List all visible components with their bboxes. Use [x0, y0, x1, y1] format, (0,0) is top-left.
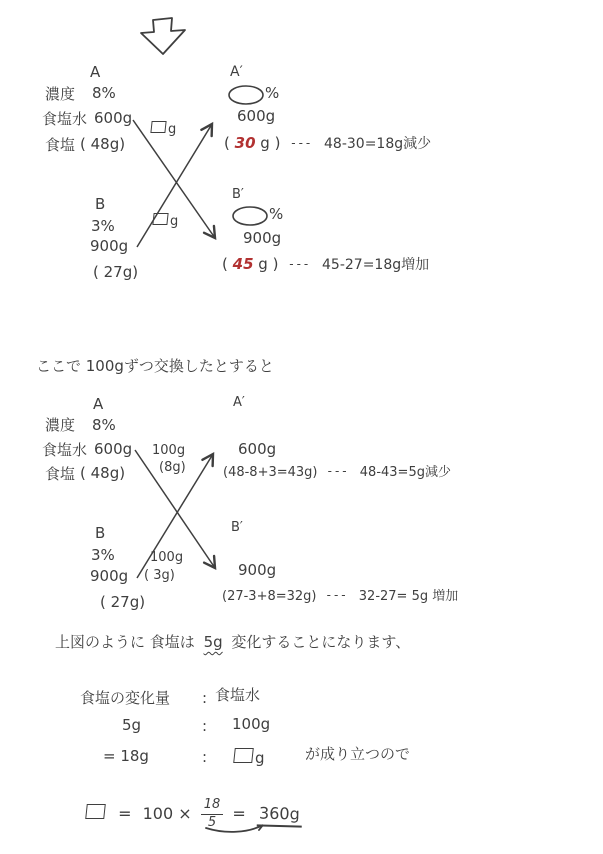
d2-a2-note: 48-43=5g減少: [360, 465, 451, 480]
d1-a2-mass: 600g: [237, 108, 275, 125]
paren-open: (: [224, 134, 230, 152]
d2-a-water: 600g: [94, 441, 132, 458]
ratio-row3-left: = 18g: [103, 748, 149, 765]
d2-exchange-top-amount: 100g: [152, 444, 185, 459]
ratio-row3-unit: g: [255, 749, 265, 767]
d2-b2-note: 32-27= 5g 増加: [359, 589, 458, 604]
d1-salt-label: 食塩: [45, 137, 75, 154]
ellipsis-dashes: ---: [328, 464, 350, 478]
d1-a-water: 600g: [94, 110, 132, 127]
d1-exchange-bottom: g: [153, 213, 178, 230]
d2-a2-label: A′: [233, 396, 245, 411]
d1-b2-mass: 900g: [243, 230, 281, 247]
fraction-denominator: 5: [201, 815, 224, 831]
d2-b2-mass: 900g: [238, 562, 276, 579]
formula-times-sign: ×: [178, 804, 191, 823]
fraction-numerator: 18: [201, 798, 224, 815]
formula-result: 360g: [257, 804, 302, 828]
middle-note-text: ここで 100gずつ交換したとすると: [36, 358, 274, 375]
d1-b2-oval-placeholder-icon: [233, 207, 267, 225]
d1-a2-salt-value: 30: [235, 134, 256, 152]
paren-close: g ): [260, 134, 280, 152]
d1-exchange-top: g: [151, 121, 176, 138]
d2-exchange-bottom-amount: 100g: [150, 551, 183, 566]
ratio-row1-right: 食塩水: [215, 687, 260, 704]
conclusion-highlight-5g: 5g: [204, 633, 223, 651]
d1-a2-oval-placeholder-icon: [229, 86, 263, 104]
d2-b2-calc-row: (27-3+8=32g) --- 32-27= 5g 増加: [222, 589, 458, 605]
d2-b-mass: 900g: [90, 568, 128, 585]
d2-a2-mass: 600g: [238, 441, 276, 458]
d2-exchange-bottom-salt: ( 3g): [144, 569, 175, 584]
ellipsis-dashes: ---: [327, 588, 349, 602]
formula-fraction: 185: [201, 798, 224, 831]
handwritten-note-page: { "colors": { "ink": "#3f3f3f", "red": "…: [0, 0, 603, 854]
d2-water-label: 食塩水: [42, 442, 87, 459]
d1-b2-percent: %: [269, 206, 283, 223]
d2-b2-label: B′: [231, 521, 243, 536]
ratio-row3-box-g: g: [234, 748, 265, 767]
d2-b-conc: 3%: [91, 547, 115, 564]
d1-b-label: B: [95, 196, 105, 213]
formula-equals1: =: [118, 804, 131, 823]
conclusion-pre: 上図のように 食塩は: [55, 633, 195, 651]
d1-a2-percent: %: [265, 85, 279, 102]
ratio-row1-colon: :: [202, 690, 207, 707]
formula-coef: 100: [143, 804, 174, 823]
ratio-row2-colon: :: [202, 718, 207, 735]
d2-b-salt: ( 27g): [100, 594, 145, 611]
d1-a-conc: 8%: [92, 85, 116, 102]
d1-a-label: A: [90, 64, 100, 81]
d1-a2-salt-row: ( 30 g ) --- 48-30=18g減少: [224, 135, 431, 152]
final-formula: = 100 × 185 = 360g: [86, 798, 302, 831]
d1-water-label: 食塩水: [42, 111, 87, 128]
formula-equals2: =: [232, 804, 245, 823]
d1-b-conc: 3%: [91, 218, 115, 235]
d1-b2-salt-row: ( 45 g ) --- 45-27=18g増加: [222, 256, 429, 273]
box-placeholder-icon: [150, 121, 166, 133]
box-placeholder-icon: [233, 748, 254, 763]
d1-a-salt: ( 48g): [80, 136, 125, 153]
ratio-row1-left: 食塩の変化量: [80, 690, 170, 707]
box-placeholder-icon: [85, 804, 106, 819]
top-block-down-arrow-icon: [141, 18, 185, 54]
d2-a2-calc: (48-8+3=43g): [223, 465, 318, 480]
d2-a2-calc-row: (48-8+3=43g) --- 48-43=5g減少: [223, 465, 451, 481]
paren-close: g ): [258, 255, 278, 273]
d2-a-salt: ( 48g): [80, 465, 125, 482]
d1-b2-salt-value: 45: [233, 255, 254, 273]
d2-a-conc: 8%: [92, 417, 116, 434]
paren-open: (: [222, 255, 228, 273]
d1-b-salt: ( 27g): [93, 264, 138, 281]
d2-b2-calc: (27-3+8=32g): [222, 589, 317, 604]
hand-drawn-shapes-layer: [0, 0, 603, 854]
box-placeholder-icon: [152, 213, 168, 225]
ratio-row2-right: 100g: [232, 716, 270, 733]
d2-a-label: A: [93, 396, 103, 413]
d1-exchange-top-unit: g: [168, 122, 176, 137]
d1-b-mass: 900g: [90, 238, 128, 255]
ratio-row3-note: が成り立つので: [305, 746, 410, 763]
ratio-row2-left: 5g: [122, 717, 141, 734]
d1-conc-label: 濃度: [45, 86, 75, 103]
ellipsis-dashes: ---: [289, 257, 311, 271]
d1-b2-note: 45-27=18g増加: [322, 257, 429, 273]
d2-salt-label: 食塩: [45, 466, 75, 483]
conclusion-post: 変化することになります、: [231, 633, 410, 651]
conclusion-sentence: 上図のように 食塩は 5g 変化することになります、: [55, 634, 410, 651]
d1-a2-note: 48-30=18g減少: [324, 136, 431, 152]
d2-b-label: B: [95, 525, 105, 542]
d1-exchange-bottom-unit: g: [170, 214, 178, 229]
d1-a2-label: A′: [230, 64, 243, 80]
d2-exchange-top-salt: (8g): [159, 461, 186, 476]
d2-conc-label: 濃度: [45, 417, 75, 434]
ratio-row3-colon: :: [202, 749, 207, 766]
ellipsis-dashes: ---: [291, 136, 313, 150]
d1-b2-label: B′: [232, 188, 244, 203]
